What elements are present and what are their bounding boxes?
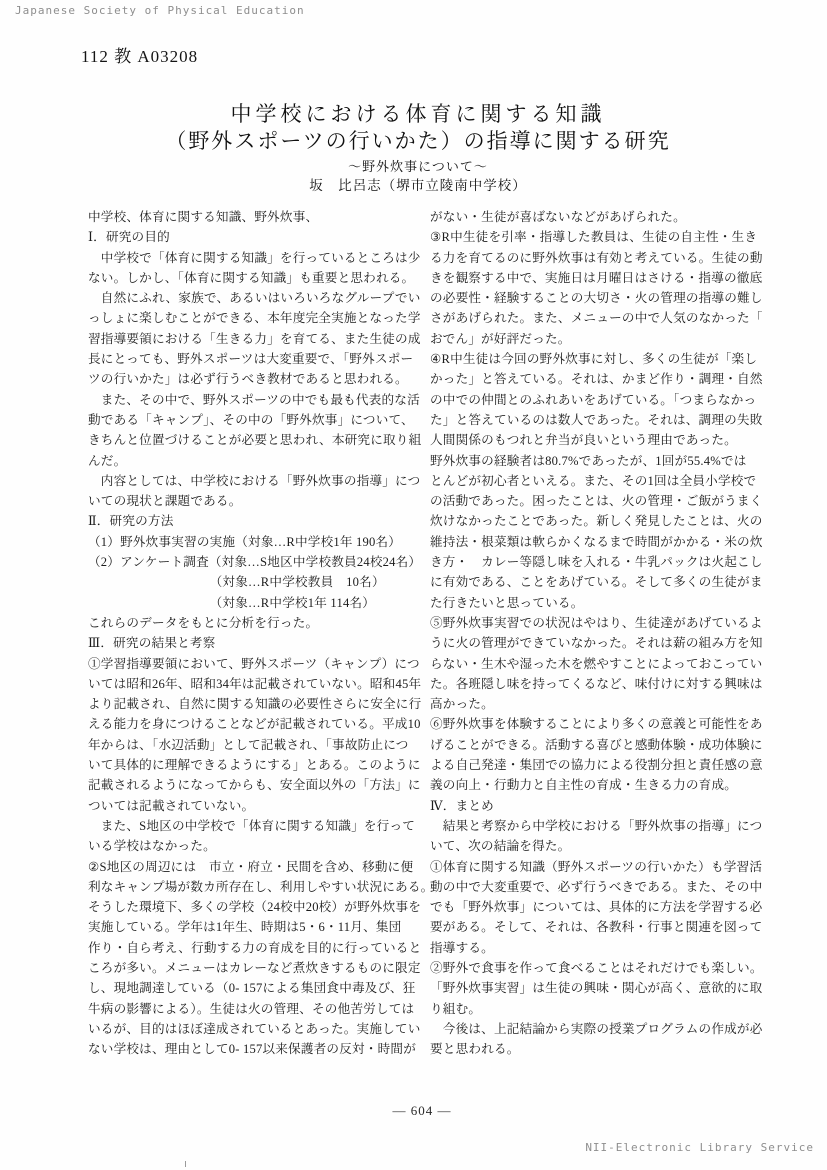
text-line: また、S地区の中学校で「体育に関する知識」を行って <box>88 816 418 836</box>
text-line: 今後は、上記結論から実際の授業プログラムの作成が必 <box>430 1019 760 1039</box>
text-line: ①学習指導要領において、野外スポーツ（キャンプ）につ <box>88 654 418 674</box>
text-line: ツの行いかた」は必ず行うべき教材であると思われる。 <box>88 369 418 389</box>
text-line: の必要性・経験することの大切さ・火の管理の指導の難し <box>430 288 760 308</box>
text-line: 動の中で大変重要で、必ず行うべきである。また、その中 <box>430 877 760 897</box>
text-line: ①体育に関する知識（野外スポーツの行いかた）も学習活 <box>430 857 760 877</box>
text-line: 内容としては、中学校における「野外炊事の指導」につ <box>88 471 418 491</box>
text-line: そうした環境下、多くの学校（24校中20校）が野外炊事を <box>88 897 418 917</box>
text-line: た。各班隠し味を持ってくるなど、味付けに対する興味は <box>430 674 760 694</box>
text-line: り組む。 <box>430 999 760 1019</box>
text-line: し、現地調達している（0- 157による集団食中毒及び、狂 <box>88 978 418 998</box>
text-line: らない・生木や湿った木を燃やすことによっておこってい <box>430 654 760 674</box>
text-line: Ⅱ．研究の方法 <box>88 511 418 531</box>
text-line: ⑥野外炊事を体験することにより多くの意義と可能性をあ <box>430 714 760 734</box>
text-line: 作り・自ら考え、行動する力の育成を目的に行っていると <box>88 938 418 958</box>
text-line: いる学校はなかった。 <box>88 836 418 856</box>
library-header-label: Japanese Society of Physical Education <box>15 4 305 17</box>
text-line: 長にとっても、野外スポーツは大変重要で、「野外スポー <box>88 349 418 369</box>
text-line: 人間関係のもつれと弁当が良いという理由であった。 <box>430 430 760 450</box>
paper-subtitle: ～野外炊事について～ <box>90 158 746 175</box>
text-line: える能力を身につけることなどが記載されている。平成10 <box>88 714 418 734</box>
text-line: ない学校は、理由として0- 157以来保護者の反対・時間が <box>88 1039 418 1059</box>
author-affiliation: 坂 比呂志（堺市立陵南中学校） <box>90 177 746 195</box>
text-line: 炊けなかったことであった。新しく発見したことは、火の <box>430 511 760 531</box>
text-line: さがあげられた。また、メニューの中で人気のなかった「 <box>430 308 760 328</box>
text-line: ②S地区の周辺には 市立・府立・民間を含め、移動に便 <box>88 857 418 877</box>
text-line: がない・生徒が喜ばないなどがあげられた。 <box>430 207 760 227</box>
text-line: いては昭和26年、昭和34年は記載されていない。昭和45年 <box>88 674 418 694</box>
text-line: ころが多い。メニューはカレーなど煮炊きするものに限定 <box>88 958 418 978</box>
text-line: の中での仲間とのふれあいをあげている。「つまらなかっ <box>430 390 760 410</box>
text-line: っしょに楽しむことができる、本年度完全実施となった学 <box>88 308 418 328</box>
text-line: かった」と答えている。それは、かまど作り・調理・自然 <box>430 369 760 389</box>
text-line: いての現状と課題である。 <box>88 491 418 511</box>
text-line: 利なキャンプ場が数カ所存在し、利用しやすい状況にある。 <box>88 877 418 897</box>
text-line: 記載されるようになってからも、安全面以外の「方法」に <box>88 775 418 795</box>
text-line: いるが、目的はほぼ達成されているとあった。実施してい <box>88 1019 418 1039</box>
text-line: 義の向上・行動力と自主性の育成・生きる力の育成。 <box>430 775 760 795</box>
text-line: きを観察する中で、実施日は月曜日はさける・指導の徹底 <box>430 268 760 288</box>
paper-title-line1: 中学校における体育に関する知識 <box>90 101 746 127</box>
text-line: た」と答えているのは数人であった。それは、調理の失敗 <box>430 410 760 430</box>
text-line: ③R中生徒を引率・指導した教員は、生徒の自主性・生き <box>430 227 760 247</box>
text-line: よる自己発達・集団での協力による役割分担と責任感の意 <box>430 755 760 775</box>
text-line: また、その中で、野外スポーツの中でも最も代表的な活 <box>88 390 418 410</box>
text-line: これらのデータをもとに分析を行った。 <box>88 613 418 633</box>
title-block: 中学校における体育に関する知識 （野外スポーツの行いかた）の指導に関する研究 ～… <box>90 101 746 195</box>
text-line: 高かった。 <box>430 694 760 714</box>
text-line: Ⅳ．まとめ <box>430 796 760 816</box>
text-line: うに火の管理ができていなかった。それは薪の組み方を知 <box>430 633 760 653</box>
text-line: 野外炊事の経験者は80.7%であったが、1回が55.4%では <box>430 451 760 471</box>
text-line: 指導する。 <box>430 938 760 958</box>
scanned-paper-page: Japanese Society of Physical Education 1… <box>0 0 827 1170</box>
text-line: ⑤野外炊事実習での状況はやはり、生徒達があげているよ <box>430 613 760 633</box>
text-line: 結果と考察から中学校における「野外炊事の指導」につ <box>430 816 760 836</box>
text-line: （1）野外炊事実習の実施（対象…R中学校1年 190名） <box>88 532 418 552</box>
text-line: た行きたいと思っている。 <box>430 593 760 613</box>
nii-service-label: NII-Electronic Library Service <box>585 1141 814 1154</box>
text-line: Ⅰ．研究の目的 <box>88 227 418 247</box>
text-line: 維持法・根菜類は軟らかくなるまで時間がかかる・米の炊 <box>430 532 760 552</box>
text-line: ついては記載されていない。 <box>88 796 418 816</box>
text-line: いて具体的に理解できるようにする」とある。このように <box>88 755 418 775</box>
text-line: 中学校で「体育に関する知識」を行っているところは少 <box>88 248 418 268</box>
text-line: ない。しかし、「体育に関する知識」も重要と思われる。 <box>88 268 418 288</box>
text-line: 習指導要領における「生きる力」を育てる、また生徒の成 <box>88 329 418 349</box>
text-line: 実施している。学年は1年生、時期は5・6・11月、集団 <box>88 917 418 937</box>
text-line: んだ。 <box>88 451 418 471</box>
text-line: 年からは、「水辺活動」として記載され、「事故防止につ <box>88 735 418 755</box>
text-line: 自然にふれ、家族で、あるいはいろいろなグループでい <box>88 288 418 308</box>
document-number: 112 教 A03208 <box>81 42 198 67</box>
text-line: ④R中生徒は今回の野外炊事に対し、多くの生徒が「楽し <box>430 349 760 369</box>
right-column: がない・生徒が喜ばないなどがあげられた。③R中生徒を引率・指導した教員は、生徒の… <box>430 207 760 1059</box>
text-line: （2）アンケート調査（対象…S地区中学校教員24校24名） <box>88 552 418 572</box>
left-column: 中学校、体育に関する知識、野外炊事、Ⅰ．研究の目的 中学校で「体育に関する知識」… <box>88 207 418 1059</box>
text-line: る力を育てるのに野外炊事は有効と考えている。生徒の動 <box>430 248 760 268</box>
text-line: でも「野外炊事」については、具体的に方法を学習する必 <box>430 897 760 917</box>
text-line: 「野外炊事実習」は生徒の興味・関心が高く、意欲的に取 <box>430 978 760 998</box>
text-line: いて、次の結論を得た。 <box>430 836 760 856</box>
text-line: おでん」が好評だった。 <box>430 329 760 349</box>
text-line: の活動であった。困ったことは、火の管理・ご飯がうまく <box>430 491 760 511</box>
text-line: に有効である、ことをあげている。そして多くの生徒がま <box>430 572 760 592</box>
text-line: より記載され、自然に関する知識の必要性さらに安全に行 <box>88 694 418 714</box>
text-line: 要と思われる。 <box>430 1039 760 1059</box>
text-line: き方・ カレー等隠し味を入れる・牛乳パックは火起こし <box>430 552 760 572</box>
text-line: 動である「キャンプ」、その中の「野外炊事」について、 <box>88 410 418 430</box>
paper-title-line2: （野外スポーツの行いかた）の指導に関する研究 <box>90 128 746 155</box>
text-line: とんどが初心者といえる。また、その1回は全員小学校で <box>430 471 760 491</box>
page-number: — 604 — <box>90 1103 754 1119</box>
two-column-body: 中学校、体育に関する知識、野外炊事、Ⅰ．研究の目的 中学校で「体育に関する知識」… <box>88 207 760 1059</box>
text-line: 要がある。そして、それは、各教科・行事と関連を図って <box>430 917 760 937</box>
scan-artifact-speck <box>185 1161 186 1167</box>
text-line: Ⅲ．研究の結果と考察 <box>88 633 418 653</box>
text-line: ②野外で食事を作って食べることはそれだけでも楽しい。 <box>430 958 760 978</box>
text-line: きちんと位置づけることが必要と思われ、本研究に取り組 <box>88 430 418 450</box>
text-line: 牛病の影響による）。生徒は火の管理、その他苦労しては <box>88 999 418 1019</box>
text-line: （対象…R中学校教員 10名） <box>88 572 418 592</box>
text-line: げることができる。活動する喜びと感動体験・成功体験に <box>430 735 760 755</box>
text-line: （対象…R中学校1年 114名） <box>88 593 418 613</box>
text-line: 中学校、体育に関する知識、野外炊事、 <box>88 207 418 227</box>
